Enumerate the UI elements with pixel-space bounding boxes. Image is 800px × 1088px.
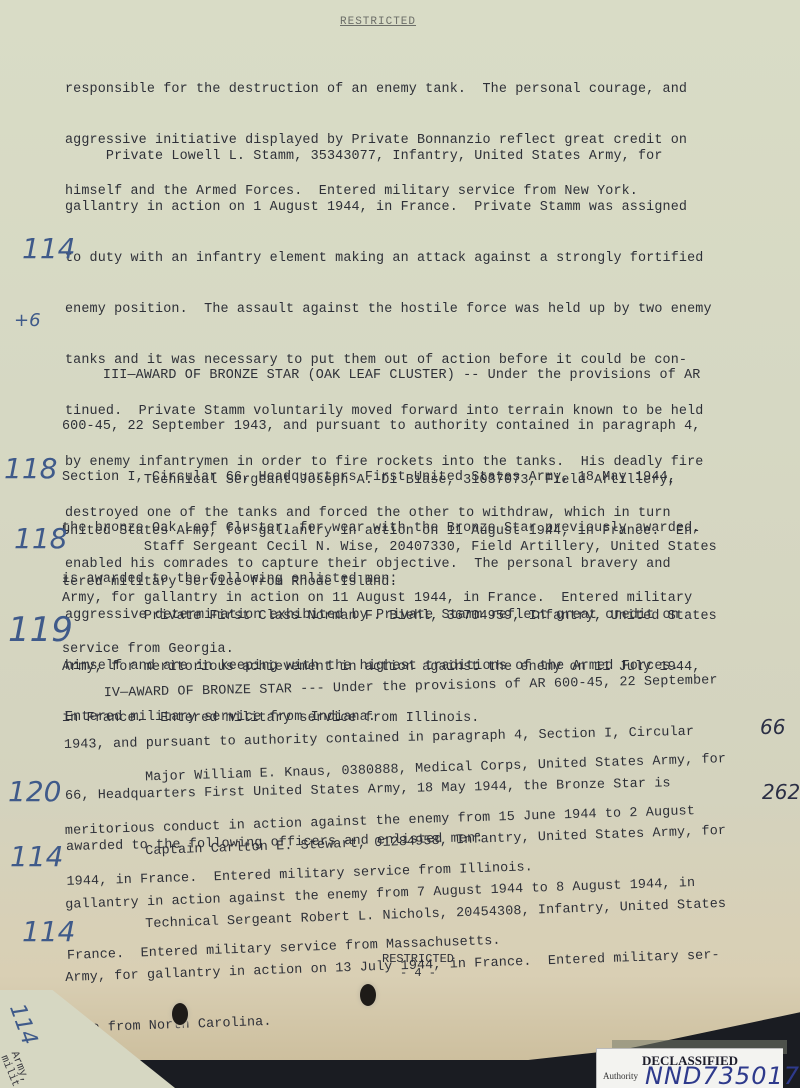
page-number: - 4 - <box>382 966 454 980</box>
text-line: Technical Sergeant Joseph A. Di Biase, 3… <box>62 472 700 489</box>
text-line: Private Lowell L. Stamm, 35343077, Infan… <box>65 148 712 165</box>
document-page: RESTRICTED responsible for the destructi… <box>0 0 800 1060</box>
margin-note: 118 <box>14 522 67 555</box>
margin-note: 114 <box>10 840 63 873</box>
margin-note: 114 <box>22 915 75 948</box>
text-line: Private First Class Norman F. Biehl, 367… <box>62 608 717 625</box>
authority-label: Authority <box>603 1071 638 1081</box>
margin-note: 118 <box>4 452 57 485</box>
punch-hole <box>172 1003 188 1025</box>
footer-restricted-stamp: RESTRICTED <box>382 952 454 966</box>
margin-note: 262 <box>762 780 800 804</box>
margin-note: 66 <box>760 715 785 739</box>
margin-note: 119 <box>8 610 73 650</box>
authority-number: NND735017 <box>645 1062 800 1088</box>
text-line: Captain Carlton E. Stewart, 01284958, In… <box>63 823 726 863</box>
margin-note: +6 <box>14 310 41 331</box>
text-line: III—AWARD OF BRONZE STAR (OAK LEAF CLUST… <box>62 367 700 384</box>
text-line: enemy position. The assault against the … <box>65 301 712 318</box>
header-restricted-stamp: RESTRICTED <box>340 16 416 28</box>
declassified-label: DECLASSIFIED Authority NND735017 <box>596 1048 783 1088</box>
text-line: gallantry in action on 1 August 1944, in… <box>65 199 712 216</box>
text-line: Technical Sergeant Robert L. Nichols, 20… <box>63 896 726 936</box>
text-line: vice from North Carolina. <box>67 998 730 1038</box>
footer-stamp: RESTRICTED - 4 - <box>382 952 454 980</box>
text-line: Major William E. Knaus, 0380888, Medical… <box>63 751 726 789</box>
margin-note: 120 <box>8 775 61 808</box>
text-line: to duty with an infantry element making … <box>65 250 712 267</box>
punch-hole <box>360 984 376 1006</box>
text-line: IV—AWARD OF BRONZE STAR --- Under the pr… <box>63 672 718 703</box>
text-line: Staff Sergeant Cecil N. Wise, 20407330, … <box>62 539 717 556</box>
text-line: 600-45, 22 September 1943, and pursuant … <box>62 418 700 435</box>
margin-note: 114 <box>22 232 75 265</box>
text-line: responsible for the destruction of an en… <box>65 81 687 98</box>
